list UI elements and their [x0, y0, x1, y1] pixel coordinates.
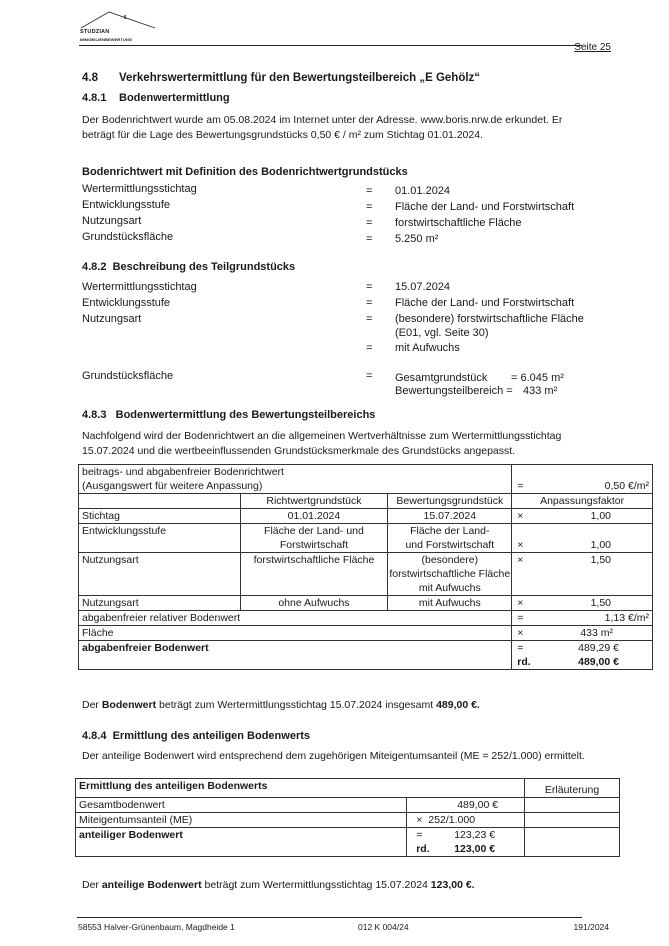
table-row-result: anteiliger Bodenwert =123,23 € rd.123,00… — [76, 828, 620, 857]
company-logo: STUDZIAN IMMOBILIENBEWERTUNG — [79, 10, 169, 44]
table-row: Entwicklungsstufe Fläche der Land- und F… — [79, 524, 653, 553]
footer-divider — [77, 917, 582, 918]
section-4-8-3-heading: 4.8.3 Bodenwertermittlung des Bewertungs… — [82, 409, 375, 421]
logo-subtitle: IMMOBILIENBEWERTUNG — [80, 37, 132, 42]
table-row: Nutzungsart ohne Aufwuchs mit Aufwuchs ×… — [79, 596, 653, 611]
footer-case-number: 012 K 004/24 — [358, 922, 409, 932]
section-4-8-1-paragraph: Der Bodenrichtwert wurde am 05.08.2024 i… — [82, 113, 662, 143]
logo-name: STUDZIAN — [80, 29, 109, 35]
table-row-relative: abgabenfreier relativer Bodenwert =1,13 … — [79, 611, 653, 626]
footer-report-number: 191/2024 — [574, 922, 609, 932]
anteiliger-bodenwert-summary: Der anteilige Bodenwert beträgt zum Wert… — [82, 878, 475, 893]
bodenwert-summary: Der Bodenwert beträgt zum Wertermittlung… — [82, 698, 480, 713]
table-row-total: abgabenfreier Bodenwert =489,29 € rd.489… — [79, 641, 653, 670]
section-4-8-1-heading: 4.8.1Bodenwertermittlung — [82, 92, 230, 104]
table-header-row: Ermittlung des anteiligen Bodenwerts Erl… — [76, 779, 620, 798]
section-4-8-2-heading: 4.8.2 Beschreibung des Teilgrundstücks — [82, 261, 295, 273]
table-row: Miteigentumsanteil (ME) ×252/1.000 — [76, 813, 620, 828]
bodenwert-adjustment-table: beitrags- und abgabenfreier Bodenrichtwe… — [78, 464, 653, 670]
table-row: Gesamtbodenwert 489,00 € — [76, 798, 620, 813]
footer-address: 58553 Halver-Grünenbaum, Magdheide 1 — [78, 922, 235, 932]
house-roof-icon — [79, 10, 169, 30]
table-row-area: Fläche ×433 m² — [79, 626, 653, 641]
section-4-8-heading: 4.8Verkehrswertermittlung für den Bewert… — [82, 72, 480, 84]
section-4-8-3-paragraph: Nachfolgend wird der Bodenrichtwert an d… — [82, 429, 662, 459]
definition-heading: Bodenrichtwert mit Definition des Bodenr… — [82, 166, 408, 178]
anteiliger-bodenwert-table: Ermittlung des anteiligen Bodenwerts Erl… — [75, 778, 620, 857]
page-number: Seite 25 — [574, 42, 611, 53]
table-row-base: beitrags- und abgabenfreier Bodenrichtwe… — [79, 465, 653, 494]
table-row: Nutzungsart forstwirtschaftliche Fläche … — [79, 553, 653, 596]
table-row: Stichtag 01.01.2024 15.07.2024 ×1,00 — [79, 509, 653, 524]
header-divider — [79, 45, 582, 46]
section-4-8-4-paragraph: Der anteilige Bodenwert wird entsprechen… — [82, 749, 585, 764]
section-4-8-4-heading: 4.8.4 Ermittlung des anteiligen Bodenwer… — [82, 730, 310, 742]
table-header-row: Richtwertgrundstück Bewertungsgrundstück… — [79, 494, 653, 509]
